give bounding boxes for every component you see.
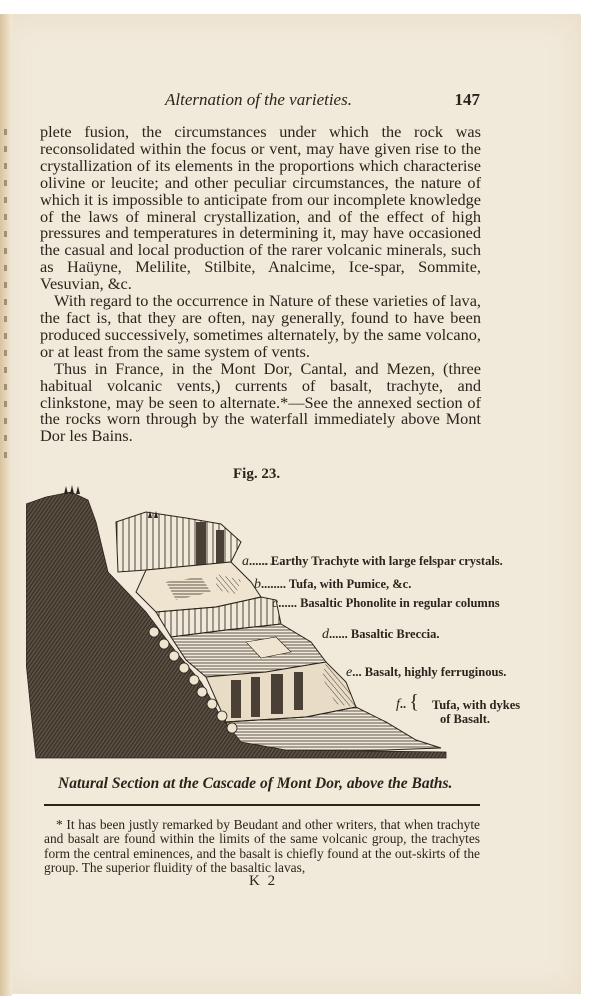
legend-text-f: Tufa, with dykes bbox=[432, 698, 520, 712]
legend-item-a: a...... Earthy Trachyte with large felsp… bbox=[242, 554, 503, 570]
footnote-rule bbox=[44, 804, 480, 806]
brace-icon: { bbox=[409, 691, 419, 713]
figure-caption: Natural Section at the Cascade of Mont D… bbox=[58, 775, 452, 793]
running-head: Alternation of the varieties. 147 bbox=[40, 90, 480, 110]
legend-item-c: c...... Basaltic Phonolite in regular co… bbox=[272, 596, 500, 612]
legend-item-d: d...... Basaltic Breccia. bbox=[322, 627, 440, 643]
legend-text-e: Basalt, highly ferruginous. bbox=[365, 665, 507, 679]
paragraph-3: Thus in France, in the Mont Dor, Cantal,… bbox=[40, 361, 481, 446]
legend-text-f-2: of Basalt. bbox=[440, 712, 490, 726]
legend-item-b: b........ Tufa, with Pumice, &c. bbox=[254, 577, 411, 593]
legend-text-b: Tufa, with Pumice, &c. bbox=[289, 577, 411, 591]
footnote-text: * It has been justly remarked by Beudant… bbox=[44, 818, 480, 875]
body-text: plete fusion, the circumstances under wh… bbox=[40, 124, 481, 445]
legend-item-e: e... Basalt, highly ferruginous. bbox=[346, 665, 506, 681]
figure-engraving: a...... Earthy Trachyte with large felsp… bbox=[26, 482, 526, 760]
signature-mark: K 2 bbox=[249, 873, 277, 890]
legend-text-d: Basaltic Breccia. bbox=[351, 627, 440, 641]
facing-page-bleed bbox=[2, 118, 10, 498]
paragraph-2: With regard to the occurrence in Nature … bbox=[40, 293, 481, 361]
figure-label: Fig. 23. bbox=[233, 466, 280, 483]
legend-text-c: Basaltic Phonolite in regular columns bbox=[300, 596, 500, 610]
page-number: 147 bbox=[455, 90, 481, 110]
running-title: Alternation of the varieties. bbox=[165, 90, 352, 110]
legend-item-f: f.. { Tufa, with dykes of Basalt. bbox=[396, 695, 419, 712]
legend-text-a: Earthy Trachyte with large felspar cryst… bbox=[271, 554, 503, 568]
footnote: * It has been justly remarked by Beudant… bbox=[44, 818, 480, 875]
paragraph-1: plete fusion, the circumstances under wh… bbox=[40, 124, 481, 293]
